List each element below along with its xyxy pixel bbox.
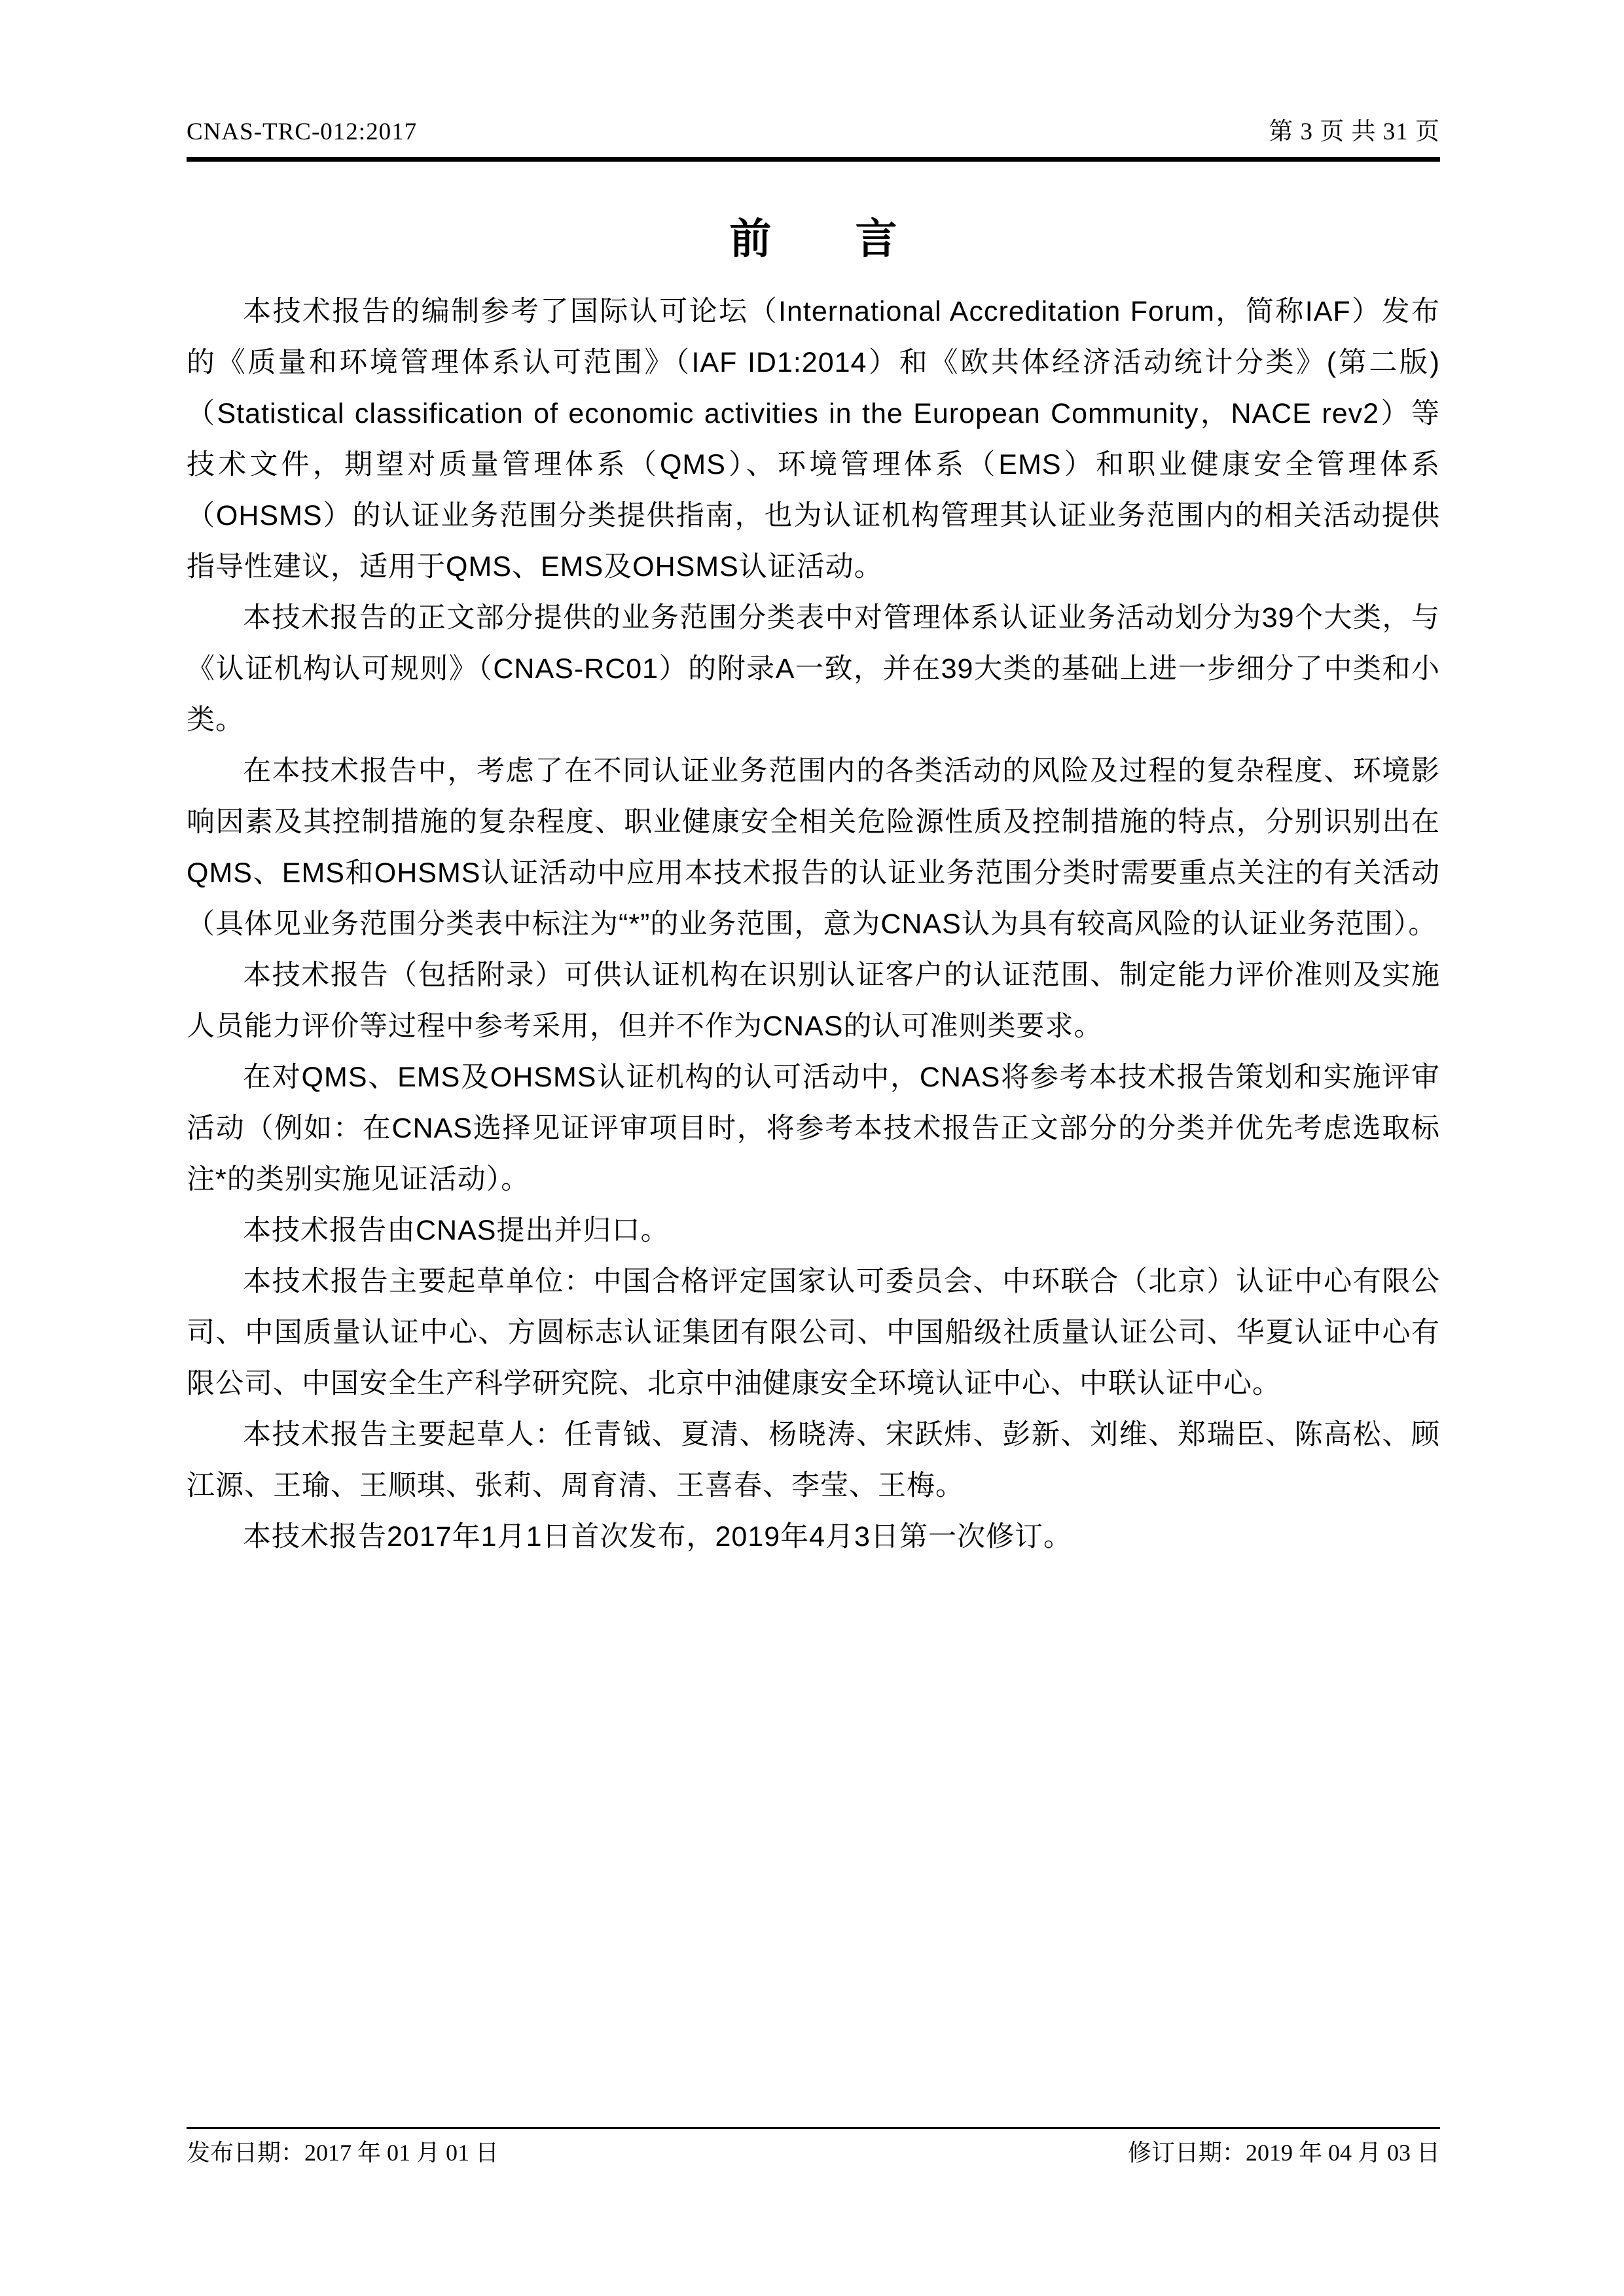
paragraph-4: 本技术报告（包括附录）可供认证机构在识别认证客户的认证范围、制定能力评价准则及实… xyxy=(187,950,1440,1052)
page-footer: 发布日期：2017 年 01 月 01 日 修订日期：2019 年 04 月 0… xyxy=(187,2127,1440,2167)
page-content: CNAS-TRC-012:2017 第 3 页 共 31 页 前 言 本技术报告… xyxy=(187,118,1440,1562)
page-number-info: 第 3 页 共 31 页 xyxy=(1269,118,1440,147)
paragraph-5: 在对QMS、EMS及OHSMS认证机构的认可活动中，CNAS将参考本技术报告策划… xyxy=(187,1052,1440,1205)
paragraph-8: 本技术报告主要起草人：任青钺、夏清、杨晓涛、宋跃炜、彭新、刘维、郑瑞臣、陈高松、… xyxy=(187,1409,1440,1511)
document-page: CNAS-TRC-012:2017 第 3 页 共 31 页 前 言 本技术报告… xyxy=(0,0,1624,2296)
revision-date: 修订日期：2019 年 04 月 03 日 xyxy=(1128,2138,1440,2167)
paragraph-3: 在本技术报告中，考虑了在不同认证业务范围内的各类活动的风险及过程的复杂程度、环境… xyxy=(187,745,1440,950)
paragraph-7: 本技术报告主要起草单位：中国合格评定国家认可委员会、中环联合（北京）认证中心有限… xyxy=(187,1256,1440,1409)
paragraph-9: 本技术报告2017年1月1日首次发布，2019年4月3日第一次修订。 xyxy=(187,1511,1440,1562)
page-header: CNAS-TRC-012:2017 第 3 页 共 31 页 xyxy=(187,118,1440,147)
header-rule xyxy=(187,157,1440,162)
paragraph-6: 本技术报告由CNAS提出并归口。 xyxy=(187,1205,1440,1256)
preface-body: 本技术报告的编制参考了国际认可论坛（International Accredit… xyxy=(187,286,1440,1562)
doc-number: CNAS-TRC-012:2017 xyxy=(187,118,417,147)
footer-rule xyxy=(187,2127,1440,2129)
paragraph-2: 本技术报告的正文部分提供的业务范围分类表中对管理体系认证业务活动划分为39个大类… xyxy=(187,592,1440,745)
footer-dates: 发布日期：2017 年 01 月 01 日 修订日期：2019 年 04 月 0… xyxy=(187,2138,1440,2167)
page-title: 前 言 xyxy=(187,210,1440,269)
paragraph-1: 本技术报告的编制参考了国际认可论坛（International Accredit… xyxy=(187,286,1440,592)
issue-date: 发布日期：2017 年 01 月 01 日 xyxy=(187,2138,499,2167)
